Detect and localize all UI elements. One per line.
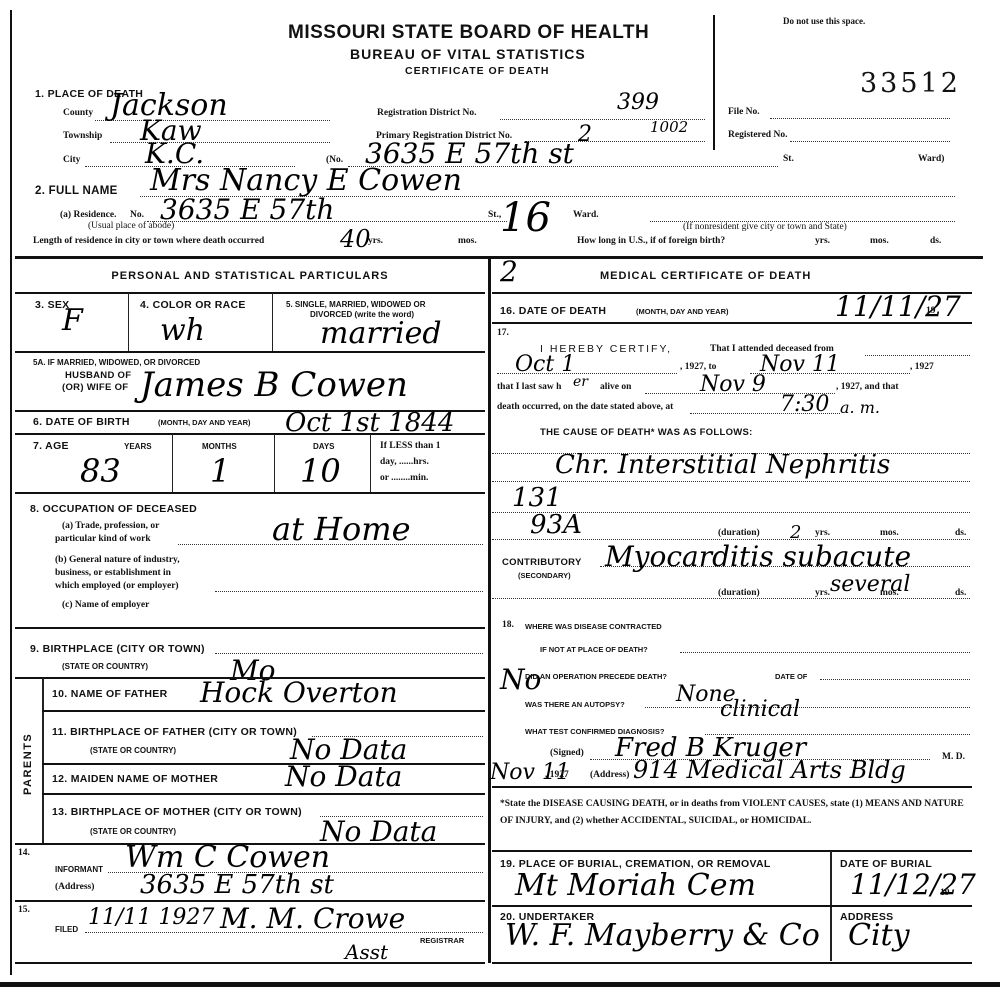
secondary-label: (SECONDARY) bbox=[518, 571, 571, 580]
full-name-label: 2. FULL NAME bbox=[35, 185, 118, 197]
cause-label: THE CAUSE OF DEATH* WAS AS FOLLOWS: bbox=[540, 427, 753, 438]
months-label: MONTHS bbox=[202, 442, 237, 451]
occ-c-label: (c) Name of employer bbox=[62, 600, 149, 610]
years-months-divider bbox=[172, 434, 173, 492]
age-months-value[interactable]: 1 bbox=[210, 452, 230, 490]
contributory-label: CONTRIBUTORY bbox=[502, 557, 582, 568]
less-label-3: or ........min. bbox=[380, 473, 428, 483]
filed-label: FILED bbox=[55, 925, 78, 934]
cause-code-2: 93A bbox=[530, 510, 582, 540]
sex-value[interactable]: F bbox=[62, 303, 83, 338]
divider-burial bbox=[492, 905, 972, 907]
age-days-value[interactable]: 10 bbox=[300, 452, 341, 490]
md-label: M. D. bbox=[942, 752, 965, 762]
death-ampm: a. m. bbox=[840, 398, 880, 417]
duration-mos: mos. bbox=[880, 528, 899, 538]
informant-address-value[interactable]: 3635 E 57th st bbox=[140, 870, 334, 900]
divider-dob bbox=[15, 433, 485, 435]
date-of-label: DATE OF bbox=[775, 672, 807, 681]
attended-to-value[interactable]: Nov 11 bbox=[760, 352, 840, 377]
medical-section-title: MEDICAL CERTIFICATE OF DEATH bbox=[600, 270, 811, 282]
certificate-number: 33512 bbox=[860, 68, 961, 99]
ward-label-residence: Ward. bbox=[573, 210, 599, 220]
certificate-title: CERTIFICATE OF DEATH bbox=[405, 65, 549, 77]
mother-bp-state-label: (STATE OR COUNTRY) bbox=[90, 827, 176, 836]
contributory-value[interactable]: Myocarditis subacute bbox=[605, 540, 911, 573]
occ-a-line2: particular kind of work bbox=[55, 534, 151, 544]
divider-undertaker bbox=[492, 962, 972, 964]
office-divider bbox=[713, 15, 715, 150]
registrar-note: Asst bbox=[345, 940, 388, 964]
undertaker-value[interactable]: W. F. Mayberry & Co bbox=[505, 918, 820, 953]
signed-label: (Signed) bbox=[550, 748, 584, 758]
last-saw-year: , 1927, and that bbox=[836, 382, 899, 392]
divider-signed bbox=[492, 786, 972, 788]
residence-ward-value[interactable]: 16 bbox=[500, 195, 551, 241]
father-bp-label: 11. BIRTHPLACE OF FATHER (CITY OR TOWN) bbox=[52, 726, 297, 738]
registrar-signature: M. M. Crowe bbox=[220, 902, 405, 935]
burial-19: 19 bbox=[940, 888, 950, 898]
spouse-label-2: HUSBAND OF bbox=[65, 370, 131, 381]
doctor-address-value[interactable]: 914 Medical Arts Bldg bbox=[633, 756, 906, 784]
undertaker-address-value[interactable]: City bbox=[848, 918, 910, 953]
contracted-line bbox=[680, 652, 970, 653]
divider-filed bbox=[15, 962, 485, 964]
divider-marital bbox=[15, 351, 485, 353]
dod-value[interactable]: 11/11/27 bbox=[835, 290, 961, 323]
divider-personal bbox=[15, 292, 485, 294]
sign-year: , 1927 bbox=[545, 770, 569, 780]
residence-label: (a) Residence. bbox=[60, 210, 116, 220]
dod-19: 19 bbox=[926, 306, 936, 316]
residence-no-label: No. bbox=[130, 210, 144, 220]
item-18: 18. bbox=[502, 620, 514, 630]
registration-district-label: Registration District No. bbox=[377, 108, 476, 118]
attended-to-year: , 1927 bbox=[910, 362, 934, 372]
top-section-divider bbox=[15, 256, 983, 259]
item-17: 17. bbox=[497, 328, 509, 338]
divider-footnote bbox=[492, 850, 972, 852]
age-label: 7. AGE bbox=[33, 440, 69, 452]
autopsy-line bbox=[645, 707, 970, 708]
left-border bbox=[10, 10, 12, 975]
dob-sub: (MONTH, DAY AND YEAR) bbox=[158, 418, 251, 427]
cause-line-2 bbox=[492, 481, 970, 482]
st-label: St. bbox=[783, 154, 794, 164]
registrar-label: REGISTRAR bbox=[420, 936, 464, 945]
birthplace-label: 9. BIRTHPLACE (CITY OR TOWN) bbox=[30, 643, 205, 655]
last-saw-label: that I last saw h bbox=[497, 382, 561, 392]
duration-label: (duration) bbox=[718, 528, 760, 538]
county-label: County bbox=[63, 108, 93, 118]
parents-divider bbox=[42, 678, 44, 843]
duration-yrs: yrs. bbox=[815, 528, 830, 538]
mother-value[interactable]: No Data bbox=[285, 760, 402, 793]
mother-bp-label: 13. BIRTHPLACE OF MOTHER (CITY OR TOWN) bbox=[52, 806, 302, 818]
medical-section-mark: 2 bbox=[500, 255, 518, 288]
race-label: 4. COLOR OR RACE bbox=[140, 299, 246, 311]
registered-no-label: Registered No. bbox=[728, 130, 787, 140]
autopsy-label: WAS THERE AN AUTOPSY? bbox=[525, 700, 625, 709]
spouse-label-3: (OR) WIFE OF bbox=[62, 382, 128, 393]
personal-section-title: PERSONAL AND STATISTICAL PARTICULARS bbox=[15, 270, 485, 282]
less-label-2: day, ......hrs. bbox=[380, 457, 429, 467]
residence-value[interactable]: 3635 E 57th bbox=[160, 193, 334, 226]
age-years-value[interactable]: 83 bbox=[80, 452, 121, 490]
usual-place-note: (Usual place of abode) bbox=[88, 221, 174, 231]
marital-value[interactable]: married bbox=[320, 316, 442, 351]
birthplace-state-label: (STATE OR COUNTRY) bbox=[62, 662, 148, 671]
less-label-1: If LESS than 1 bbox=[380, 441, 440, 451]
father-bp-state-label: (STATE OR COUNTRY) bbox=[90, 746, 176, 755]
do-not-use-note: Do not use this space. bbox=[783, 16, 865, 26]
informant-num: 14. bbox=[18, 848, 30, 858]
divider-father bbox=[42, 710, 485, 712]
dob-label: 6. DATE OF BIRTH bbox=[33, 416, 130, 428]
spouse-value[interactable]: James B Cowen bbox=[140, 365, 408, 405]
race-marital-divider bbox=[272, 293, 273, 351]
attended-from-year: , 1927, to bbox=[680, 362, 716, 372]
date-of-line bbox=[820, 679, 970, 680]
filed-num: 15. bbox=[18, 905, 30, 915]
alive-on-label: alive on bbox=[600, 382, 631, 392]
mos-label: mos. bbox=[458, 236, 477, 246]
ward-label: Ward) bbox=[918, 154, 944, 164]
where-contracted-label: WHERE WAS DISEASE CONTRACTED bbox=[525, 622, 662, 631]
doctor-address-label: (Address) bbox=[590, 770, 629, 780]
dod-sub: (MONTH, DAY AND YEAR) bbox=[636, 307, 729, 316]
bureau-title: BUREAU OF VITAL STATISTICS bbox=[350, 46, 586, 62]
contrib-duration-label: (duration) bbox=[718, 588, 760, 598]
last-saw-value[interactable]: Nov 9 bbox=[700, 372, 766, 397]
foreign-yrs-label: yrs. bbox=[815, 236, 830, 246]
burial-date-value[interactable]: 11/12/27 bbox=[850, 868, 976, 901]
foreign-ds-label: ds. bbox=[930, 236, 941, 246]
occ-a-line1: (a) Trade, profession, or bbox=[62, 521, 159, 531]
contrib-yrs: yrs. bbox=[815, 588, 830, 598]
cause-code-1: 131 bbox=[512, 483, 562, 513]
registered-no-field[interactable] bbox=[790, 141, 950, 142]
divider-dod bbox=[492, 322, 972, 324]
marital-label-1: 5. SINGLE, MARRIED, WIDOWED OR bbox=[286, 300, 426, 309]
primary-district-mark: 2 bbox=[578, 122, 592, 147]
parents-label: PARENTS bbox=[22, 733, 34, 795]
duration-ds: ds. bbox=[955, 528, 966, 538]
operation-label: DID AN OPERATION PRECEDE DEATH? bbox=[525, 672, 667, 681]
occ-b-line3: which employed (or employer) bbox=[55, 581, 179, 591]
death-occurred-label: death occurred, on the date stated above… bbox=[497, 402, 673, 412]
foreign-mos-label: mos. bbox=[870, 236, 889, 246]
informant-address-label: (Address) bbox=[55, 882, 94, 892]
days-less-divider bbox=[370, 434, 371, 492]
occ-b-line2: business, or establishment in bbox=[55, 568, 171, 578]
column-divider bbox=[488, 258, 491, 963]
foreign-birth-label: How long in U.S., if of foreign birth? bbox=[577, 236, 725, 246]
nonresident-note: (If nonresident give city or town and St… bbox=[683, 222, 847, 232]
test-value[interactable]: clinical bbox=[720, 697, 800, 722]
race-value[interactable]: wh bbox=[160, 313, 205, 348]
yrs-label: yrs. bbox=[368, 236, 383, 246]
contrib-ds: ds. bbox=[955, 588, 966, 598]
registration-district-value[interactable]: 399 bbox=[617, 90, 659, 115]
city-label: City bbox=[63, 155, 80, 165]
occupation-value[interactable]: at Home bbox=[272, 510, 411, 548]
divider-mother bbox=[42, 793, 485, 795]
length-years-value[interactable]: 40 bbox=[340, 225, 371, 253]
file-no-label: File No. bbox=[728, 107, 760, 117]
divider-age bbox=[15, 492, 485, 494]
primary-district-value[interactable]: 1002 bbox=[650, 118, 688, 136]
months-days-divider bbox=[274, 434, 275, 492]
contrib-mos: mos. bbox=[880, 588, 899, 598]
sex-race-divider bbox=[128, 293, 129, 351]
contrib-duration-line bbox=[492, 598, 970, 599]
bottom-border bbox=[0, 982, 1000, 987]
informant-label: INFORMANT bbox=[55, 865, 103, 874]
length-residence-label: Length of residence in city or town wher… bbox=[33, 236, 264, 246]
divider-occupation bbox=[15, 627, 485, 629]
father-label: 10. NAME OF FATHER bbox=[52, 688, 167, 700]
burial-value[interactable]: Mt Moriah Cem bbox=[515, 868, 756, 903]
if-not-place-label: IF NOT AT PLACE OF DEATH? bbox=[540, 645, 648, 654]
file-no-field[interactable] bbox=[770, 118, 950, 119]
certify-line bbox=[865, 355, 970, 356]
occ-b-line1: (b) General nature of industry, bbox=[55, 555, 180, 565]
mother-label: 12. MAIDEN NAME OF MOTHER bbox=[52, 773, 218, 785]
board-title: MISSOURI STATE BOARD OF HEALTH bbox=[288, 22, 649, 44]
occupation-label: 8. OCCUPATION OF DECEASED bbox=[30, 503, 197, 515]
attended-from-value[interactable]: Oct 1 bbox=[515, 352, 575, 377]
death-time-value[interactable]: 7:30 bbox=[780, 392, 829, 417]
father-value[interactable]: Hock Overton bbox=[200, 676, 398, 709]
occ-b-line bbox=[215, 591, 483, 592]
township-label: Township bbox=[63, 131, 102, 141]
last-saw-her: er bbox=[573, 374, 588, 390]
years-label: YEARS bbox=[124, 442, 152, 451]
days-label: DAYS bbox=[313, 442, 335, 451]
filed-value[interactable]: 11/11 1927 bbox=[88, 905, 214, 930]
dod-label: 16. DATE OF DEATH bbox=[500, 305, 606, 317]
footnote: *State the DISEASE CAUSING DEATH, or in … bbox=[500, 796, 968, 830]
divider-father-bp bbox=[42, 763, 485, 765]
cause-value[interactable]: Chr. Interstitial Nephritis bbox=[555, 450, 890, 480]
